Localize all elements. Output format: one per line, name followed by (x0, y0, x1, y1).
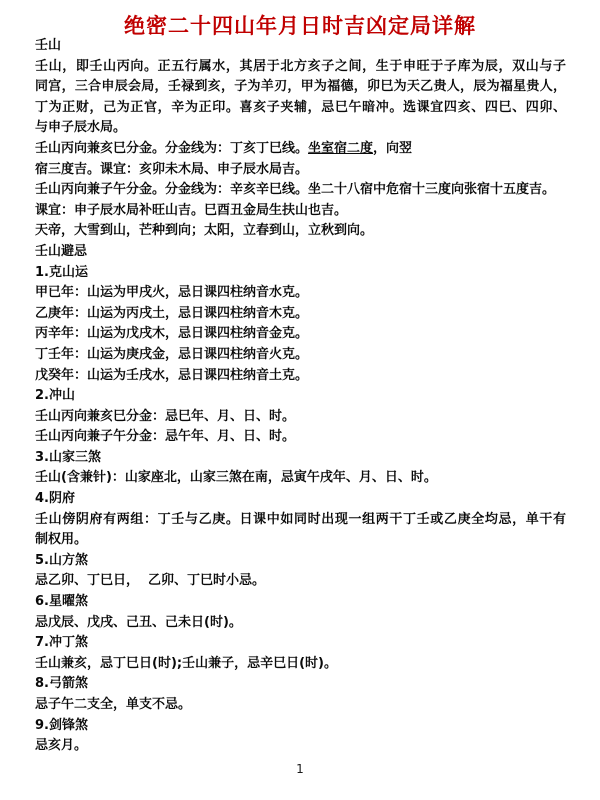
doc-line: 甲已年：山运为甲戌火，忌日课四柱纳音水克。 (35, 283, 566, 304)
doc-line-segment-underlined: 坐室宿二度 (308, 141, 373, 156)
doc-line: 乙庚年：山运为丙戌土，忌日课四柱纳音木克。 (35, 304, 566, 325)
doc-line: 壬山避忌 (35, 242, 566, 263)
doc-line: 壬山 (35, 36, 566, 57)
doc-line: 1.克山运 (35, 263, 566, 284)
doc-line: 8.弓箭煞 (35, 674, 566, 695)
doc-line: 天帝，大雪到山，芒种到向；太阳，立春到山，立秋到向。 (35, 221, 566, 242)
doc-line: 壬山傍阴府有两组：丁壬与乙庚。日课中如同时出现一组两干丁壬或乙庚全均忌，单干有 (35, 510, 566, 531)
doc-line: 3.山家三煞 (35, 448, 566, 469)
document-body: 壬山壬山，即壬山丙向。正五行属水，其居于北方亥子之间，生于申旺于子库为辰，双山与… (35, 36, 566, 757)
doc-line: 壬山丙向兼子午分金。分金线为：辛亥辛巳线。坐二十八宿中危宿十三度向张宿十五度吉。 (35, 180, 566, 201)
doc-line: 壬山丙向兼亥巳分金：忌巳年、月、日、时。 (35, 407, 566, 428)
doc-line: 同宫，三合申辰会局，壬禄到亥，子为羊刃，甲为福德，卯巳为天乙贵人，辰为福星贵人， (35, 77, 566, 98)
doc-line: 壬山兼亥，忌丁巳日(时);壬山兼子，忌辛巳日(时)。 (35, 654, 566, 675)
doc-line: 壬山丙向兼亥巳分金。分金线为：丁亥丁巳线。坐室宿二度，向翌 (35, 139, 566, 160)
doc-line: 7.冲丁煞 (35, 633, 566, 654)
doc-line: 丙辛年：山运为戊戌木，忌日课四柱纳音金克。 (35, 324, 566, 345)
doc-line: 4.阴府 (35, 489, 566, 510)
doc-line: 9.剑锋煞 (35, 716, 566, 737)
doc-line: 壬山(含兼针)：山家座北，山家三煞在南，忌寅午戌年、月、日、时。 (35, 468, 566, 489)
doc-line: 壬山丙向兼子午分金：忌午年、月、日、时。 (35, 427, 566, 448)
doc-line: 丁为正财，己为正官，辛为正印。喜亥子夹辅，忌巳午暗冲。选课宜四亥、四巳、四卯、 (35, 98, 566, 119)
doc-line-segment: ，向翌 (373, 141, 412, 156)
doc-line: 丁壬年：山运为庚戌金，忌日课四柱纳音火克。 (35, 345, 566, 366)
doc-line: 忌亥月。 (35, 736, 566, 757)
doc-line: 忌子午二支全，单支不忌。 (35, 695, 566, 716)
doc-line: 6.星曜煞 (35, 592, 566, 613)
doc-line: 与申子辰水局。 (35, 118, 566, 139)
doc-line: 制权用。 (35, 530, 566, 551)
page-number: 1 (0, 762, 600, 776)
doc-line: 课宜：申子辰水局补旺山吉。巳酉丑金局生扶山也吉。 (35, 201, 566, 222)
doc-line: 宿三度吉。课宜：亥卯未木局、申子辰水局吉。 (35, 160, 566, 181)
doc-line: 5.山方煞 (35, 551, 566, 572)
doc-line: 忌乙卯、丁巳日， 乙卯、丁巳时小忌。 (35, 571, 566, 592)
doc-line: 戊癸年：山运为壬戌水，忌日课四柱纳音土克。 (35, 366, 566, 387)
doc-line: 忌戊辰、戊戌、己丑、己未日(时)。 (35, 613, 566, 634)
doc-line-segment: 壬山丙向兼亥巳分金。分金线为：丁亥丁巳线。 (35, 141, 308, 156)
doc-line: 2.冲山 (35, 386, 566, 407)
document-page: 绝密二十四山年月日时吉凶定局详解 壬山壬山，即壬山丙向。正五行属水，其居于北方亥… (0, 0, 600, 800)
doc-line: 壬山，即壬山丙向。正五行属水，其居于北方亥子之间，生于申旺于子库为辰，双山与子 (35, 57, 566, 78)
